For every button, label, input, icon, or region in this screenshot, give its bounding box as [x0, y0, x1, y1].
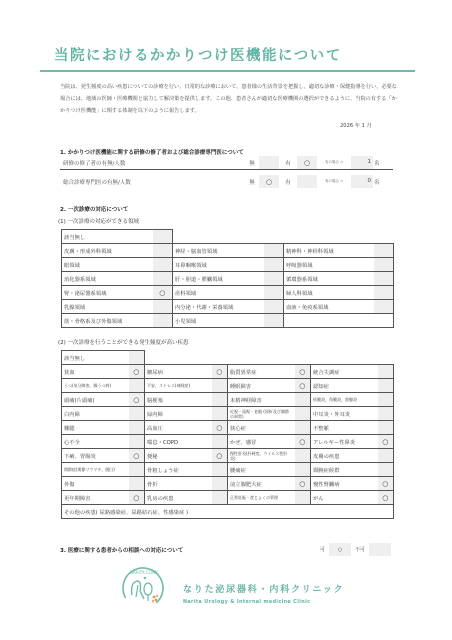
disease-label: 統合失調症: [311, 365, 378, 379]
disease-label: 高血圧: [145, 421, 212, 435]
area-mark: [153, 300, 173, 314]
area-mark: [264, 272, 284, 286]
disease-mark: [295, 463, 311, 477]
disease-mark: ○: [295, 435, 311, 449]
general-physician-row: 総合診療専門医の有無/人数 無 ○ 有 有の場合 ⇒ 0 名: [60, 174, 393, 189]
disease-label: がん: [311, 491, 378, 505]
svg-text:NARITA CLINIC: NARITA CLINIC: [130, 570, 159, 575]
area-label: 耳鼻咽喉領域: [173, 258, 264, 272]
clinic-name-jp: なりた泌尿器科・内科クリニック: [183, 582, 344, 595]
report-date: 2026 年 1 月: [340, 122, 372, 129]
disease-mark: ○: [378, 491, 394, 505]
disease-mark: ○: [129, 449, 145, 463]
table-row: 該当無し: [62, 230, 394, 244]
section3-heading: 3. 医療に関する患者からの相談への対応について: [60, 546, 183, 554]
area-mark: [264, 314, 284, 328]
no-label: 無: [245, 178, 259, 186]
table-row: 更年期障害○ 乳房の疾患 正常妊娠・産じょくの管理 がん○: [62, 491, 394, 505]
disease-mark: ○: [129, 393, 145, 407]
area-label: 筋・骨格系及び外傷領域: [62, 314, 153, 328]
table-row: 心不全 喘息・COPD かぜ、感冒○ アレルギー性鼻炎○: [62, 435, 394, 449]
primary-care-areas-table: 該当無し 皮膚・形成外科領域 神経・脳血管領域 精神科・神経科領域 眼領域 耳鼻…: [61, 229, 394, 328]
area-mark: [264, 258, 284, 272]
area-label: 消化器系領域: [62, 272, 153, 286]
disease-mark: [378, 393, 394, 407]
disease-mark: ○: [212, 365, 228, 379]
disease-label: 皮膚の疾患: [311, 449, 378, 463]
disease-mark: [212, 393, 228, 407]
area-mark: [153, 244, 173, 258]
disease-label: 頸腕症候群: [311, 463, 378, 477]
area-label: 婦人科領域: [284, 286, 374, 300]
table-row: 該当無し: [62, 351, 394, 365]
title-divider: [40, 70, 415, 72]
yes-mark-cell: [297, 175, 317, 188]
area-mark: [153, 258, 173, 272]
disease-label: 下痢、胃腸炎: [62, 449, 129, 463]
no-mark-cell: ○: [259, 175, 279, 188]
table-row: 難聴 高血圧○ 狭心症 不整脈: [62, 421, 394, 435]
table-row: うつ(気分障害、躁うつ病) 不安、ストレス(神経症) 睡眠障害○ 認知症: [62, 379, 394, 393]
none-mark: [129, 351, 145, 365]
disease-mark: [378, 449, 394, 463]
none-label: 該当無し: [62, 351, 129, 365]
disease-mark: [212, 491, 228, 505]
table-row: 皮膚・形成外科領域 神経・脳血管領域 精神科・神経科領域: [62, 244, 394, 258]
disease-mark: ○: [295, 365, 311, 379]
disease-mark: [212, 435, 228, 449]
disease-label: 骨粗しょう症: [145, 463, 212, 477]
disease-label: 貧血: [62, 365, 129, 379]
area-label: 呼吸器領域: [284, 258, 374, 272]
disease-mark: [295, 393, 311, 407]
yes-mark-cell: ○: [297, 156, 317, 169]
disease-mark: [129, 421, 145, 435]
intro-paragraph: 当院は、発生頻度の高い疾患についての診療を行い、日常的な診療において、患者様の生…: [60, 81, 400, 117]
disease-label: 近視・遠視・老眼 (屈折及び調節の異常): [228, 407, 295, 421]
disease-mark: [378, 379, 394, 393]
disease-label: 頭痛(片頭痛): [62, 393, 129, 407]
disease-mark: [129, 407, 145, 421]
if-yes-label: 有の場合 ⇒: [317, 160, 351, 165]
disease-label: 腰痛症: [228, 463, 295, 477]
area-label: 腎・泌尿器系領域: [62, 286, 153, 300]
disease-label: 更年期障害: [62, 491, 129, 505]
yes-label: 有: [279, 178, 297, 186]
disease-mark: ○: [378, 435, 394, 449]
disease-label: 前立腺肥大症: [228, 477, 295, 491]
area-label: 精神科・神経科領域: [284, 244, 374, 258]
row-label: 総合診療専門医の有無/人数: [60, 178, 245, 186]
disease-mark: [129, 379, 145, 393]
disease-mark: ○: [295, 477, 311, 491]
row-divider: [60, 169, 393, 170]
disease-label: うつ(気分障害、躁うつ病): [62, 379, 129, 393]
disease-mark: ○: [129, 491, 145, 505]
clinic-logo-icon: NARITA CLINIC: [120, 565, 166, 611]
area-label: 循環器系領域: [284, 272, 374, 286]
disease-label: 喘息・COPD: [145, 435, 212, 449]
table-row: 下痢、胃腸炎○ 便秘○ 慢性肝炎(肝硬変、ウイルス性肝炎) 皮膚の疾患: [62, 449, 394, 463]
area-mark: [374, 286, 394, 300]
disease-label: 末梢神経障害: [228, 393, 295, 407]
part2-heading: (2) 一次診療を行うことができる発生頻度が高い疾患: [58, 338, 189, 346]
unit-label: 名: [373, 159, 383, 167]
common-diseases-table: 該当無し 貧血○ 糖尿病○ 脂質異常症○ 統合失調症 うつ(気分障害、躁うつ病)…: [61, 350, 394, 519]
table-row: 乳腺領域 内分泌・代謝・栄養領域 血液・免疫系領域: [62, 300, 394, 314]
empty-cell: [284, 314, 394, 328]
disease-mark: [378, 365, 394, 379]
disease-label: 白内障: [62, 407, 129, 421]
disease-mark: ○: [212, 421, 228, 435]
section2-heading: 2. 一次診療の対応について: [60, 205, 128, 213]
count-cell: 1: [351, 156, 373, 169]
disease-mark: [212, 477, 228, 491]
table-row: 関節症(関節リウマチ、脱臼) 骨粗しょう症 腰痛症 頸腕症候群: [62, 463, 394, 477]
area-mark: [153, 272, 173, 286]
disease-mark: [129, 463, 145, 477]
area-label: 乳腺領域: [62, 300, 153, 314]
table-row: 腎・泌尿器系領域○ 産科領域 婦人科領域: [62, 286, 394, 300]
disease-mark: [212, 463, 228, 477]
area-label: 小児領域: [173, 314, 264, 328]
area-mark: ○: [153, 286, 173, 300]
disease-label: 脂質異常症: [228, 365, 295, 379]
disease-mark: [295, 421, 311, 435]
disease-label: 慢性肝炎(肝硬変、ウイルス性肝炎): [228, 449, 295, 463]
disease-mark: [378, 463, 394, 477]
other-diseases: その他の疾患( 尿路感染症、尿路結石症、性感染症 ): [62, 505, 394, 519]
part1-heading: (1) 一次診療の対応ができる領域: [58, 217, 139, 225]
area-label: 産科領域: [173, 286, 264, 300]
training-row: 研修の修了者の有無/人数 無 有 ○ 有の場合 ⇒ 1 名: [60, 155, 393, 170]
yes-label: 可: [316, 546, 329, 553]
disease-label: 認知症: [311, 379, 378, 393]
area-mark: [264, 286, 284, 300]
disease-label: 乳房の疾患: [145, 491, 212, 505]
unit-label: 名: [373, 178, 383, 186]
disease-label: 関節症(関節リウマチ、脱臼): [62, 463, 129, 477]
area-label: 肝・胆道・膵臓領域: [173, 272, 264, 286]
disease-mark: [378, 407, 394, 421]
disease-label: 不安、ストレス(神経症): [145, 379, 212, 393]
disease-label: 狭心症: [228, 421, 295, 435]
area-label: 内分泌・代謝・栄養領域: [173, 300, 264, 314]
disease-mark: ○: [212, 449, 228, 463]
disease-label: 正常妊娠・産じょくの管理: [228, 491, 295, 505]
area-mark: [264, 300, 284, 314]
disease-mark: [212, 379, 228, 393]
area-label: 眼領域: [62, 258, 153, 272]
disease-mark: [295, 449, 311, 463]
table-row: 貧血○ 糖尿病○ 脂質異常症○ 統合失調症: [62, 365, 394, 379]
area-label: 皮膚・形成外科領域: [62, 244, 153, 258]
disease-mark: [378, 421, 394, 435]
area-mark: [374, 244, 394, 258]
disease-label: 糖尿病: [145, 365, 212, 379]
area-mark: [374, 258, 394, 272]
clinic-name-en: Narita Urology & Internal medicine Clini…: [183, 600, 310, 605]
disease-label: 緑内障: [145, 407, 212, 421]
none-label: 該当無し: [62, 230, 153, 244]
count-cell: 0: [351, 175, 373, 188]
disease-mark: [129, 435, 145, 449]
disease-mark: [129, 477, 145, 491]
row-label: 研修の修了者の有無/人数: [60, 159, 245, 167]
disease-label: 睡眠障害: [228, 379, 295, 393]
table-row: 筋・骨格系及び外傷領域 小児領域: [62, 314, 394, 328]
no-mark-cell: [369, 543, 391, 556]
yes-label: 有: [279, 159, 297, 167]
disease-mark: [295, 407, 311, 421]
disease-mark: ○: [129, 365, 145, 379]
table-row: 外傷 骨折 前立腺肥大症○ 慢性腎臓病○: [62, 477, 394, 491]
disease-label: 結膜炎、角膜炎、涙腺炎: [311, 393, 378, 407]
no-label: 不可: [351, 546, 369, 553]
table-row: その他の疾患( 尿路感染症、尿路結石症、性感染症 ): [62, 505, 394, 519]
table-row: 頭痛(片頭痛)○ 脳梗塞 末梢神経障害 結膜炎、角膜炎、涙腺炎: [62, 393, 394, 407]
table-row: 消化器系領域 肝・胆道・膵臓領域 循環器系領域: [62, 272, 394, 286]
area-mark: [374, 272, 394, 286]
disease-label: 心不全: [62, 435, 129, 449]
disease-mark: ○: [295, 379, 311, 393]
disease-label: 脳梗塞: [145, 393, 212, 407]
area-mark: [264, 244, 284, 258]
area-label: 血液・免疫系領域: [284, 300, 374, 314]
table-row: 眼領域 耳鼻咽喉領域 呼吸器領域: [62, 258, 394, 272]
if-yes-label: 有の場合 ⇒: [317, 179, 351, 184]
no-mark-cell: [259, 156, 279, 169]
area-label: 神経・脳血管領域: [173, 244, 264, 258]
page-title: 当院におけるかかりつけ医機能について: [54, 44, 342, 65]
disease-label: 中耳炎・外耳炎: [311, 407, 378, 421]
consultation-response: 可 ○ 不可: [316, 543, 391, 556]
disease-label: 外傷: [62, 477, 129, 491]
none-mark: [153, 230, 173, 244]
disease-label: 不整脈: [311, 421, 378, 435]
area-mark: [153, 314, 173, 328]
disease-mark: [295, 491, 311, 505]
table-row: 白内障 緑内障 近視・遠視・老眼 (屈折及び調節の異常) 中耳炎・外耳炎: [62, 407, 394, 421]
no-label: 無: [245, 159, 259, 167]
disease-label: 難聴: [62, 421, 129, 435]
disease-mark: [212, 407, 228, 421]
disease-label: 慢性腎臓病: [311, 477, 378, 491]
area-mark: [374, 300, 394, 314]
disease-label: 骨折: [145, 477, 212, 491]
disease-mark: ○: [378, 477, 394, 491]
yes-mark-cell: ○: [329, 543, 351, 556]
disease-label: 便秘: [145, 449, 212, 463]
disease-label: アレルギー性鼻炎: [311, 435, 378, 449]
disease-label: かぜ、感冒: [228, 435, 295, 449]
